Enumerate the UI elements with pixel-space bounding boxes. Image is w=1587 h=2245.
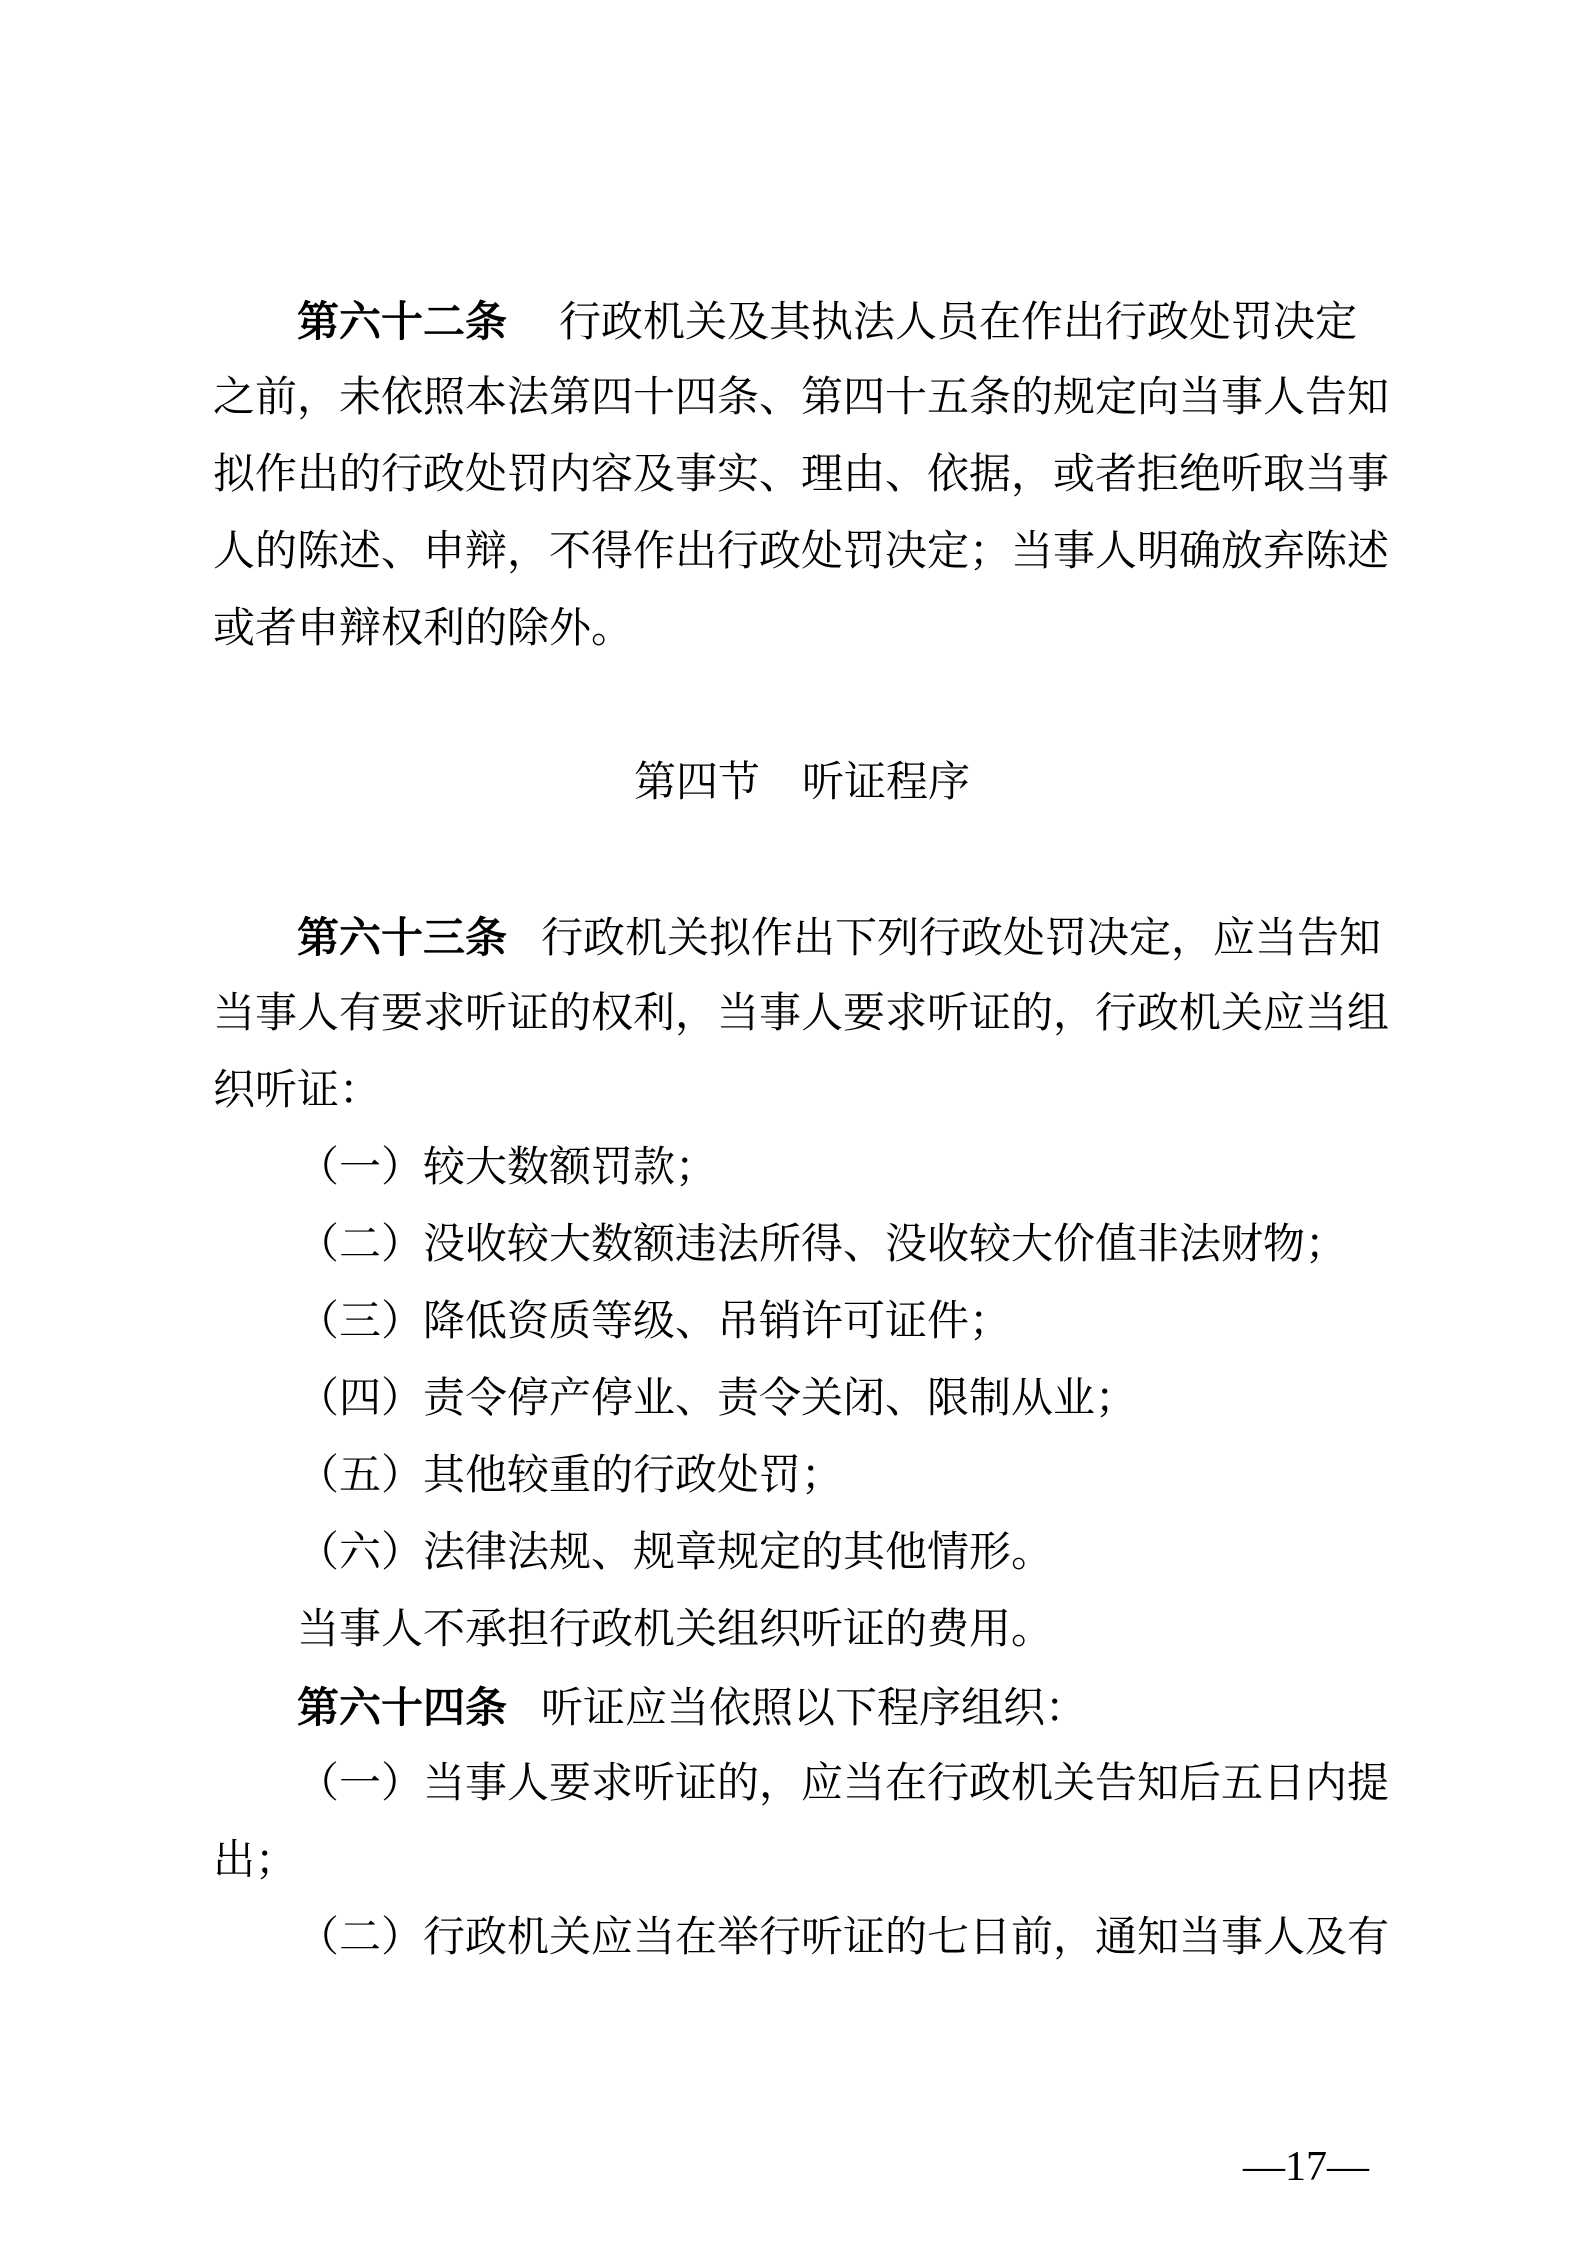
article-63-item-3: （三）降低资质等级、吊销许可证件； <box>213 1284 1391 1361</box>
document-page: 第六十二条行政机关及其执法人员在作出行政处罚决定 之前，未依照本法第四十四条、第… <box>0 0 1587 2245</box>
article-64-item-1-line-1: （一）当事人要求听证的，应当在行政机关告知后五日内提 <box>213 1746 1391 1823</box>
article-63-number: 第六十三条 <box>297 914 507 961</box>
document-body: 第六十二条行政机关及其执法人员在作出行政处罚决定 之前，未依照本法第四十四条、第… <box>213 283 1391 1977</box>
article-63-item-4: （四）责令停产停业、责令关闭、限制从业； <box>213 1361 1391 1438</box>
article-62-line-1: 第六十二条行政机关及其执法人员在作出行政处罚决定 <box>213 283 1391 360</box>
article-63-item-6: （六）法律法规、规章规定的其他情形。 <box>213 1515 1391 1592</box>
section-heading-title: 听证程序 <box>802 760 970 806</box>
article-63-line-1-text: 行政机关拟作出下列行政处罚决定，应当告知 <box>541 916 1381 962</box>
article-64-number: 第六十四条 <box>297 1684 507 1731</box>
article-62-line-5: 或者申辩权利的除外。 <box>213 591 1391 668</box>
section-heading-label: 第四节 <box>634 760 760 806</box>
article-62-line-4: 人的陈述、申辩，不得作出行政处罚决定；当事人明确放弃陈述 <box>213 514 1391 591</box>
article-64-item-2-line-1: （二）行政机关应当在举行听证的七日前，通知当事人及有 <box>213 1900 1391 1977</box>
article-64-item-1-line-2: 出； <box>213 1823 1391 1900</box>
article-63-note: 当事人不承担行政机关组织听证的费用。 <box>213 1592 1391 1669</box>
article-63-item-2: （二）没收较大数额违法所得、没收较大价值非法财物； <box>213 1207 1391 1284</box>
page-number: —17— <box>1243 2146 1369 2188</box>
article-63-item-5: （五）其他较重的行政处罚； <box>213 1438 1391 1515</box>
article-62-number: 第六十二条 <box>297 298 507 345</box>
section-heading: 第四节听证程序 <box>213 745 1391 822</box>
blank-line-before-heading <box>213 668 1391 745</box>
article-62-line-2: 之前，未依照本法第四十四条、第四十五条的规定向当事人告知 <box>213 360 1391 437</box>
blank-line-after-heading <box>213 822 1391 899</box>
article-62-line-3: 拟作出的行政处罚内容及事实、理由、依据，或者拒绝听取当事 <box>213 437 1391 514</box>
article-64-line-1-text: 听证应当依照以下程序组织： <box>541 1686 1087 1732</box>
article-64-line-1: 第六十四条听证应当依照以下程序组织： <box>213 1669 1391 1746</box>
article-63-item-1: （一）较大数额罚款； <box>213 1130 1391 1207</box>
article-63-line-2: 当事人有要求听证的权利，当事人要求听证的，行政机关应当组 <box>213 976 1391 1053</box>
article-63-line-1: 第六十三条行政机关拟作出下列行政处罚决定，应当告知 <box>213 899 1391 976</box>
article-62-line-1-text: 行政机关及其执法人员在作出行政处罚决定 <box>559 300 1357 346</box>
article-63-line-3: 织听证： <box>213 1053 1391 1130</box>
